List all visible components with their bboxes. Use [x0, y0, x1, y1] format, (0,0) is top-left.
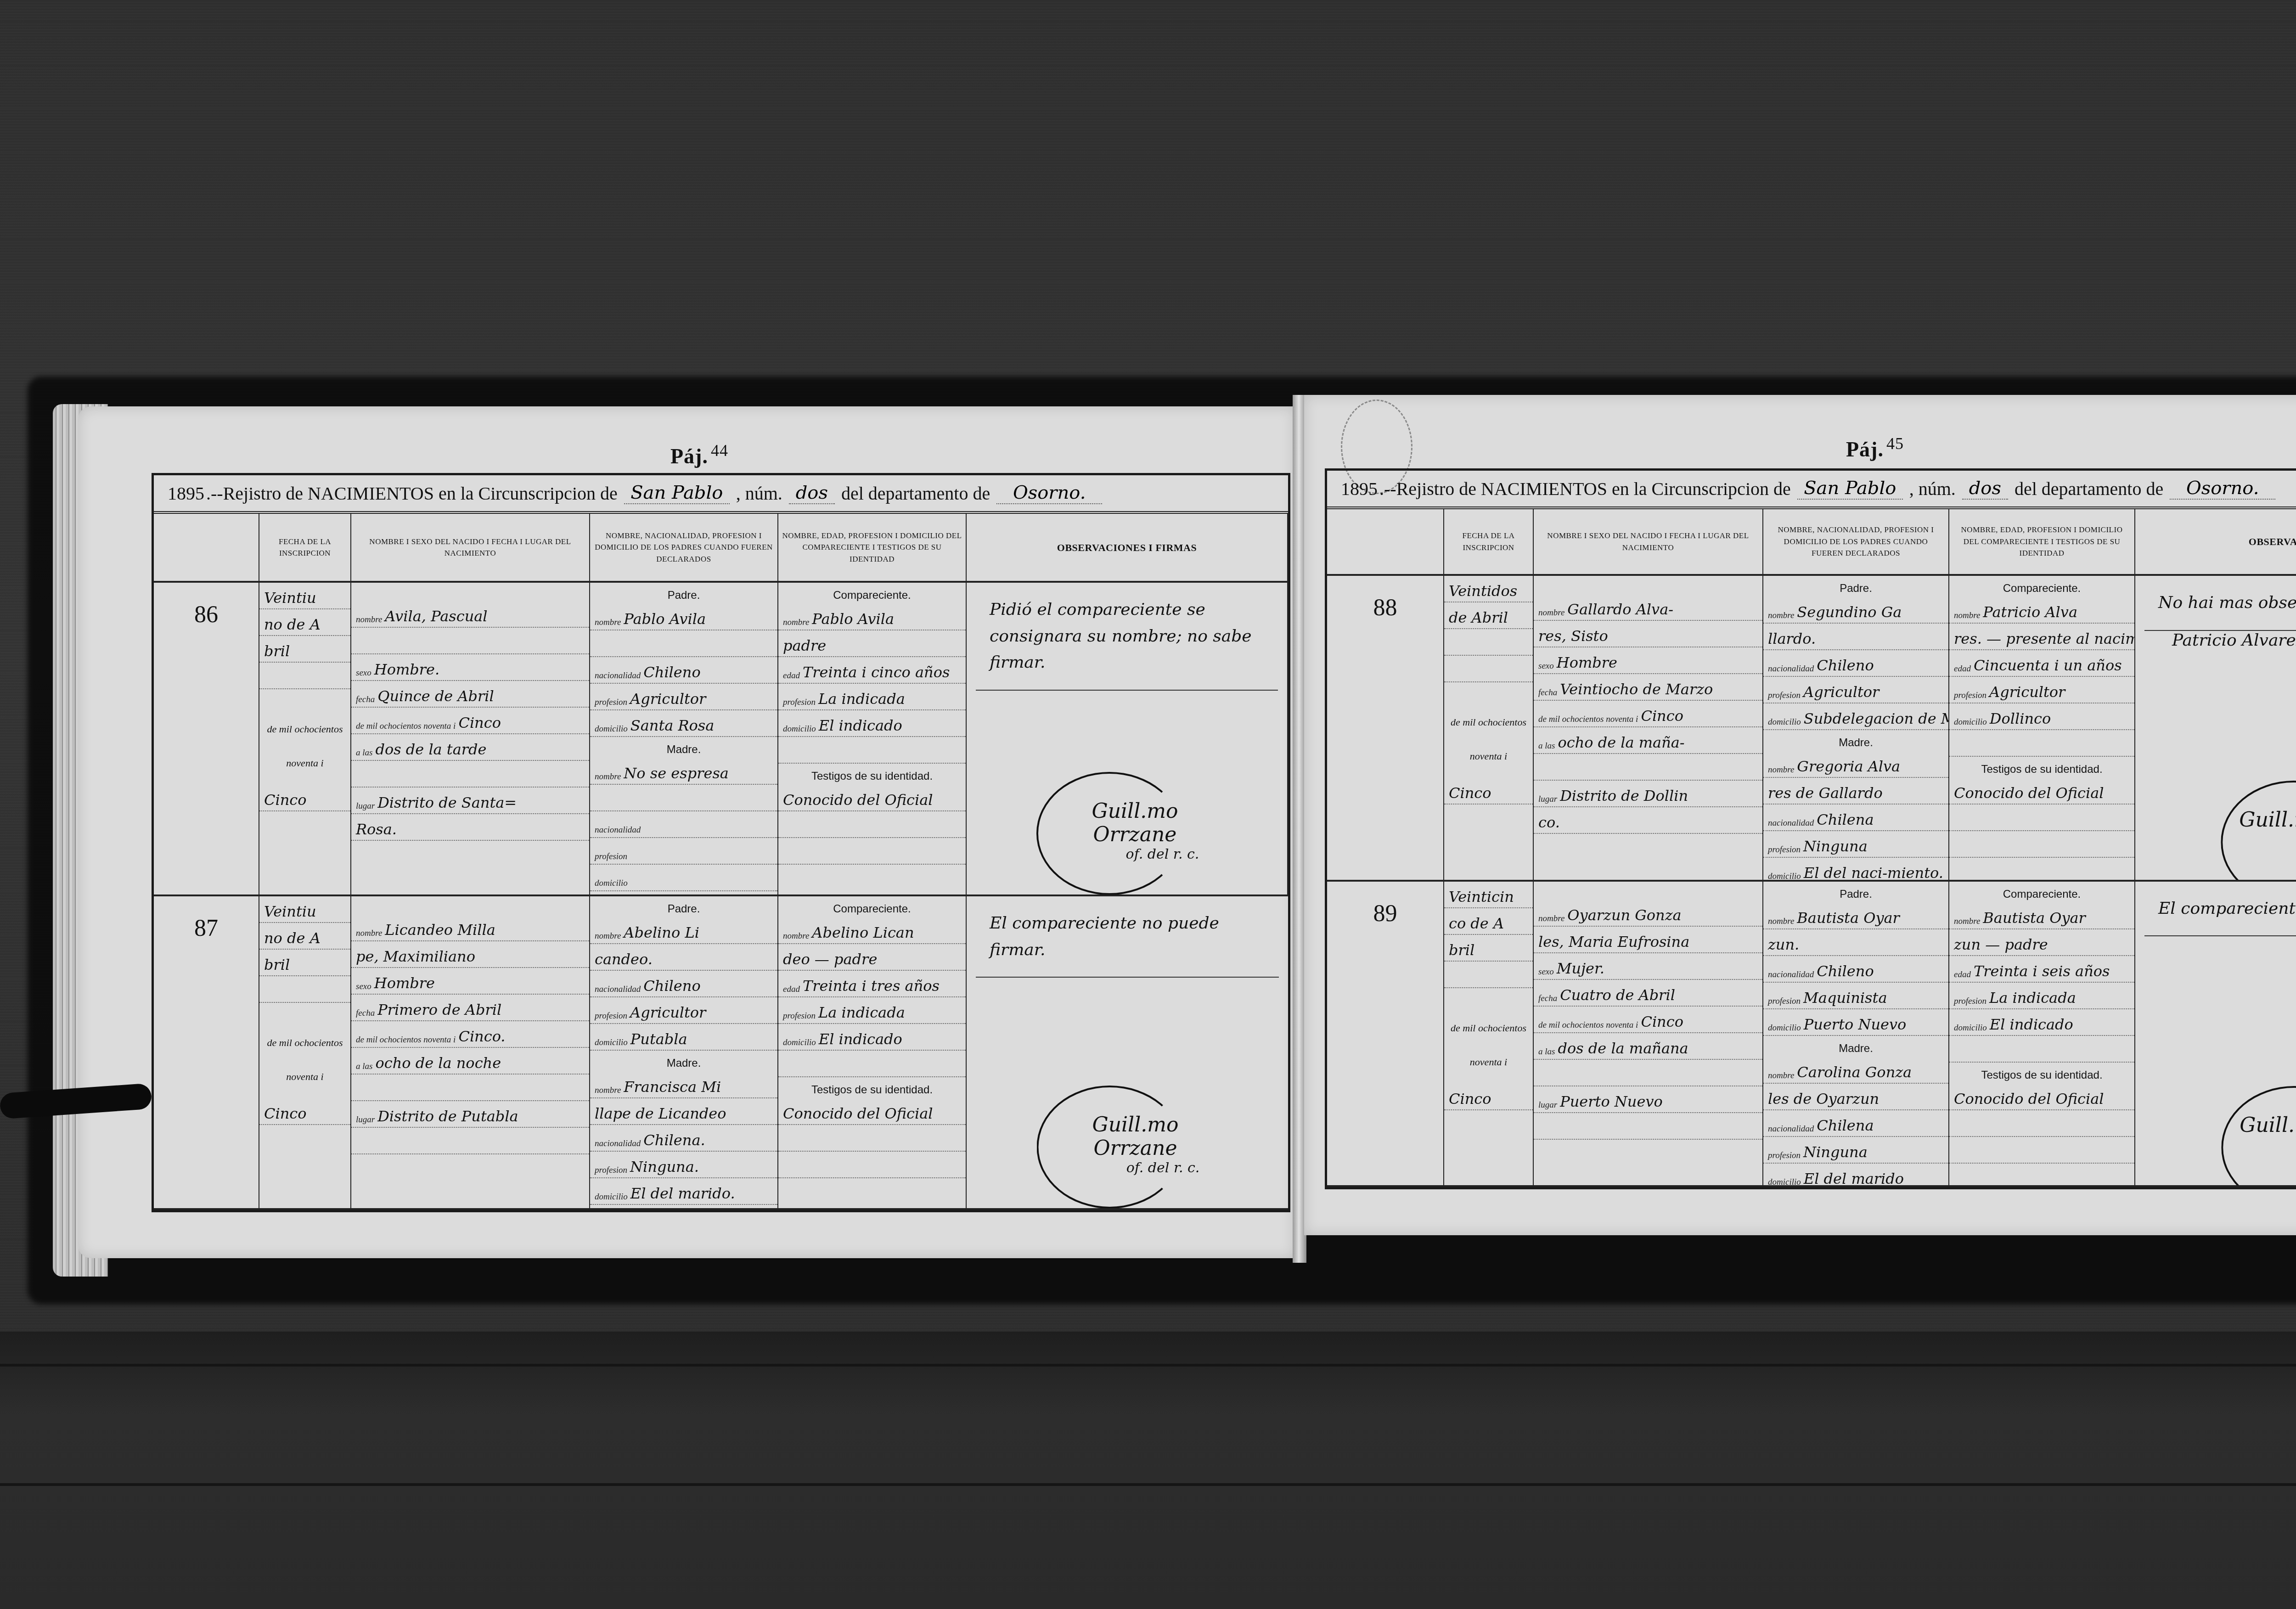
- madre-profesion-line: profesion: [590, 838, 777, 865]
- compareciente-profesion: La indicada: [1989, 989, 2076, 1007]
- label-profesion: profesion: [595, 852, 627, 862]
- num-label: , núm.: [736, 483, 782, 504]
- nacido-year-line: de mil ochocientos noventa iCinco: [1534, 701, 1762, 727]
- fecha-inscripcion-cell: Veintidos de Abril de mil ochocientos no…: [1444, 576, 1534, 882]
- compareciente-cell: Compareciente. nombreBautista Oyar zun —…: [1949, 882, 2135, 1187]
- nacido-year: Cinco: [1641, 707, 1683, 725]
- padre-domicilio: Puerto Nuevo: [1804, 1016, 1907, 1033]
- label-fecha: fecha: [1538, 688, 1557, 698]
- register-year: 1895: [1341, 478, 1378, 500]
- label-nombre: nombre: [783, 618, 809, 628]
- nacido-fecha: Primero de Abril: [377, 1001, 501, 1018]
- compareciente-nombre: Bautista Oyar: [1983, 909, 2086, 927]
- nacido-nombre: Gallardo Alva-: [1567, 601, 1673, 618]
- header-nacido: Nombre i sexo del nacido i fecha i lugar…: [351, 514, 590, 583]
- nacido-hora: dos de la tarde: [375, 741, 486, 758]
- blank-line: [1949, 1137, 2134, 1164]
- compareciente-nombre-cont: res. — presente al nacimiento.: [1949, 624, 2134, 650]
- padre-nacionalidad: Chileno: [1817, 962, 1874, 980]
- label-lugar: lugar: [356, 801, 375, 811]
- oficial-signature: Guill.mo Orrzane of. del r. c.: [1055, 799, 1215, 862]
- label-sexo: sexo: [1538, 967, 1554, 977]
- nacido-year-line: de mil ochocientos noventa iCinco: [351, 708, 589, 734]
- padre-nombre-cont: candeo.: [590, 944, 777, 971]
- padre-nombre: Segundino Ga: [1797, 603, 1902, 621]
- compareciente-label: Compareciente.: [1949, 576, 2134, 597]
- register-title-text: .--Rejistro de NACIMIENTOS en la Circuns…: [1379, 478, 1791, 500]
- blank-line: [351, 1075, 589, 1101]
- label-year: de mil ochocientos noventa i: [356, 1035, 456, 1045]
- entry-number: 88: [1327, 576, 1443, 621]
- label-sexo: sexo: [356, 668, 371, 678]
- numero-field: dos: [1962, 478, 2008, 500]
- padre-nacionalidad-line: nacionalidadChileno: [590, 657, 777, 684]
- compareciente-nombre-line: nombreAbelino Lican: [778, 917, 966, 944]
- madre-label: Madre.: [1763, 1036, 1948, 1057]
- nacido-hora-line: a lasocho de la maña-: [1534, 727, 1762, 754]
- nacido-year: Cinco: [1641, 1013, 1683, 1030]
- label-hora: a las: [1538, 1047, 1555, 1057]
- nacido-nombre-cont: pe, Maximiliano: [351, 941, 589, 968]
- madre-profesion-line: profesionNinguna: [1763, 831, 1948, 858]
- observaciones-cell: El compareciente no sabe firmar. Guill.m…: [2135, 882, 2296, 1187]
- blank-line: [1949, 1110, 2134, 1137]
- nacido-year-line: de mil ochocientos noventa iCinco: [1534, 1007, 1762, 1033]
- padre-profesion: Agricultor: [630, 690, 706, 708]
- compareciente-profesion-line: profesionLa indicada: [778, 684, 966, 710]
- oficial-signature: Guill.mo Orrzane of. del r. c.: [1055, 1113, 1216, 1176]
- label-lugar: lugar: [1538, 1100, 1557, 1110]
- num-label: , núm.: [1909, 478, 1956, 500]
- fecha-inscripcion-line: Veinticin: [1444, 882, 1533, 908]
- nacido-lugar-cont: Rosa.: [351, 814, 589, 841]
- header-observaciones: Observaciones i firmas: [2135, 509, 2296, 576]
- nacido-cell: nombreGallardo Alva- res, Sisto sexoHomb…: [1534, 576, 1763, 882]
- departamento-label: del departamento de: [841, 483, 990, 504]
- signature-flourish: [2221, 781, 2296, 882]
- padres-cell: Padre. nombreAbelino Li candeo. nacional…: [590, 896, 778, 1210]
- compareciente-profesion-line: profesionLa indicada: [778, 997, 966, 1024]
- nacido-fecha: Cuatro de Abril: [1560, 986, 1675, 1004]
- padre-nombre-cont: [590, 630, 777, 657]
- label-domicilio: domicilio: [1954, 717, 1987, 727]
- label-profesion: profesion: [1954, 691, 1986, 701]
- nacido-lugar: Puerto Nuevo: [1560, 1093, 1663, 1110]
- label-nombre: nombre: [595, 931, 621, 941]
- fecha-year-word: Cinco: [1444, 1084, 1533, 1110]
- compareciente-nombre-line: nombrePablo Avila: [778, 604, 966, 630]
- padre-nacionalidad-line: nacionalidadChileno: [1763, 956, 1948, 983]
- padre-profesion-line: profesionAgricultor: [590, 684, 777, 710]
- compareciente-profesion: La indicada: [818, 1004, 905, 1021]
- compareciente-nombre: Pablo Avila: [812, 610, 894, 628]
- testigos-value: Conocido del Oficial: [778, 785, 966, 811]
- page-number-left: Páj.44: [670, 441, 728, 468]
- nacido-hora-line: a lasocho de la noche: [351, 1048, 589, 1075]
- padres-cell: Padre. nombrePablo Avila nacionalidadChi…: [590, 583, 778, 896]
- signature-flourish: [2221, 1086, 2296, 1187]
- padre-nombre: Pablo Avila: [624, 610, 706, 628]
- header-fecha-inscripcion: Fecha de la inscripcion: [1444, 509, 1534, 576]
- padre-domicilio: Putabla: [630, 1030, 687, 1048]
- observaciones-text: Pidió el compareciente se consignara su …: [976, 583, 1278, 691]
- compareciente-edad: Cincuenta i un años: [1974, 657, 2122, 674]
- page-number-value: 45: [1886, 434, 1904, 453]
- compareciente-domicilio-line: domicilioEl indicado: [778, 1024, 966, 1051]
- label-fecha: fecha: [1538, 994, 1557, 1004]
- board-seam: [0, 1364, 2296, 1367]
- printed-text: de mil ochocientos: [1444, 1016, 1533, 1041]
- madre-nombre-cont: [590, 785, 777, 811]
- nacido-nombre-line: nombreAvila, Pascual: [351, 601, 589, 628]
- departamento-label: del departamento de: [2015, 478, 2163, 500]
- label-domicilio: domicilio: [595, 1038, 628, 1048]
- compareciente-profesion: Agricultor: [1989, 683, 2065, 701]
- label-fecha: fecha: [356, 695, 375, 705]
- nacido-sexo-line: sexoMujer.: [1534, 953, 1762, 980]
- page-number-right: Páj.45: [1846, 434, 1904, 461]
- register-year: 1895: [168, 483, 204, 504]
- compareciente-nombre-cont: padre: [778, 630, 966, 657]
- label-nombre: nombre: [1768, 765, 1794, 775]
- printed-text: noventa i: [259, 1064, 350, 1089]
- blank-line: [1444, 962, 1533, 988]
- label-nacionalidad: nacionalidad: [595, 825, 641, 835]
- label-nacionalidad: nacionalidad: [595, 1139, 641, 1149]
- header-compareciente: Nombre, edad, profesion i domicilio del …: [778, 514, 967, 583]
- padre-profesion: Maquinista: [1803, 989, 1887, 1007]
- fecha-inscripcion-line: Veintidos: [1444, 576, 1533, 602]
- blank-line: [778, 838, 966, 865]
- nacido-lugar-line: lugarDistrito de Santa=: [351, 788, 589, 814]
- blank-line: [259, 976, 350, 1003]
- compareciente-profesion-line: profesionLa indicada: [1949, 983, 2134, 1009]
- madre-nacionalidad-line: nacionalidadChilena: [1763, 1110, 1948, 1137]
- circunscripcion-field: San Pablo: [624, 482, 730, 504]
- label-year: de mil ochocientos noventa i: [1538, 714, 1638, 725]
- madre-nombre: Carolina Gonza: [1797, 1063, 1912, 1081]
- header-observaciones: Observaciones i firmas: [967, 514, 1288, 583]
- nacido-fecha: Quince de Abril: [377, 687, 494, 705]
- fecha-inscripcion-line: no de A: [259, 923, 350, 950]
- observaciones-cell: No hai mas observaciones. Patricio Alvar…: [2135, 576, 2296, 882]
- nacido-nombre-line: nombreOyarzun Gonza: [1534, 900, 1762, 927]
- nacido-lugar: Distrito de Dollin: [1560, 787, 1688, 804]
- printed-text: noventa i: [259, 751, 350, 776]
- testigos-label: Testigos de su identidad.: [1949, 1063, 2134, 1084]
- label-profesion: profesion: [783, 1011, 816, 1021]
- padre-domicilio-line: domicilioPuerto Nuevo: [1763, 1009, 1948, 1036]
- nacido-hora-line: a lasdos de la mañana: [1534, 1033, 1762, 1060]
- nacido-nombre: Oyarzun Gonza: [1567, 906, 1681, 924]
- padre-nacionalidad: Chileno: [1817, 657, 1874, 674]
- testigos-label: Testigos de su identidad.: [778, 764, 966, 785]
- nacido-hora: dos de la mañana: [1558, 1040, 1688, 1057]
- fecha-inscripcion-line: bril: [259, 950, 350, 976]
- label-sexo: sexo: [356, 982, 371, 992]
- nacido-hora: ocho de la maña-: [1558, 734, 1684, 751]
- nacido-cell: nombreOyarzun Gonza les, Maria Eufrosina…: [1534, 882, 1763, 1187]
- compareciente-domicilio-line: domicilioEl indicado: [778, 710, 966, 737]
- header-nacido: Nombre i sexo del nacido i fecha i lugar…: [1534, 509, 1763, 576]
- compareciente-label: Compareciente.: [778, 583, 966, 604]
- nacido-year-line: de mil ochocientos noventa iCinco.: [351, 1021, 589, 1048]
- compareciente-domicilio: Dollinco: [1990, 710, 2051, 727]
- label-domicilio: domicilio: [595, 1192, 628, 1202]
- label-nacionalidad: nacionalidad: [1768, 970, 1814, 980]
- compareciente-nombre: Abelino Lican: [812, 924, 914, 941]
- compareciente-cell: Compareciente. nombreAbelino Lican deo —…: [778, 896, 967, 1210]
- header-compareciente: Nombre, edad, profesion i domicilio del …: [1949, 509, 2135, 576]
- madre-domicilio: El del marido: [1804, 1170, 1904, 1187]
- madre-label: Madre.: [590, 1051, 777, 1072]
- nacido-nombre-cont: les, Maria Eufrosina: [1534, 927, 1762, 953]
- blank-line: [778, 1152, 966, 1178]
- madre-nombre-line: nombreCarolina Gonza: [1763, 1057, 1948, 1084]
- departamento-field: Osorno.: [996, 482, 1102, 504]
- nacido-nombre-line: nombreGallardo Alva-: [1534, 594, 1762, 621]
- blank-line: [1949, 1036, 2134, 1063]
- madre-nombre-cont: llape de Licandeo: [590, 1098, 777, 1125]
- padres-cell: Padre. nombreSegundino Ga llardo. nacion…: [1763, 576, 1949, 882]
- padre-domicilio: Subdelegacion de Maipue: [1804, 710, 1949, 727]
- padre-profesion-line: profesionAgricultor: [590, 997, 777, 1024]
- fecha-year-word: Cinco: [259, 1098, 350, 1125]
- madre-domicilio-line: domicilio: [590, 865, 777, 891]
- blank-line: [1534, 1060, 1762, 1086]
- register-right: 1895 .--Rejistro de NACIMIENTOS en la Ci…: [1325, 468, 2296, 1189]
- label-profesion: profesion: [595, 1011, 627, 1021]
- label-year: de mil ochocientos noventa i: [1538, 1020, 1638, 1030]
- fecha-inscripcion-line: Veintiu: [259, 583, 350, 609]
- padre-domicilio-line: domicilioSanta Rosa: [590, 710, 777, 737]
- padre-label: Padre.: [1763, 576, 1948, 597]
- padre-nacionalidad-line: nacionalidadChileno: [590, 971, 777, 997]
- compareciente-profesion: La indicada: [818, 690, 905, 708]
- testigos-value: Conocido del Oficial: [778, 1098, 966, 1125]
- nacido-year: Cinco: [458, 714, 501, 731]
- fecha-year-word: Cinco: [1444, 778, 1533, 804]
- blank-line: [1444, 656, 1533, 682]
- label-nombre: nombre: [1954, 611, 1980, 621]
- madre-domicilio-line: domicilioEl del naci-miento.: [1763, 858, 1948, 882]
- compareciente-nombre: Patricio Alva: [1983, 603, 2077, 621]
- padre-domicilio: Santa Rosa: [630, 717, 715, 734]
- label-domicilio: domicilio: [595, 724, 628, 734]
- padre-domicilio-line: domicilioPutabla: [590, 1024, 777, 1051]
- entry-number-cell: 87: [154, 896, 259, 1210]
- label-hora: a las: [1538, 741, 1555, 751]
- label-nacionalidad: nacionalidad: [595, 671, 641, 681]
- observaciones-cell: El compareciente no puede firmar. Guill.…: [967, 896, 1288, 1210]
- label-profesion: profesion: [1954, 996, 1986, 1007]
- nacido-fecha-line: fechaVeintiocho de Marzo: [1534, 674, 1762, 701]
- compareciente-nombre-line: nombreBautista Oyar: [1949, 903, 2134, 929]
- fecha-inscripcion-line: bril: [1444, 935, 1533, 962]
- label-nacionalidad: nacionalidad: [1768, 818, 1814, 828]
- printed-text: noventa i: [1444, 1050, 1533, 1075]
- label-edad: edad: [783, 985, 800, 995]
- nacido-cell: nombreAvila, Pascual sexoHombre. fechaQu…: [351, 583, 590, 896]
- label-domicilio: domicilio: [783, 1038, 816, 1048]
- nacido-fecha-line: fechaPrimero de Abril: [351, 995, 589, 1021]
- padre-label: Padre.: [1763, 882, 1948, 903]
- blank-line: [1534, 754, 1762, 781]
- blank-line: [351, 761, 589, 788]
- compareciente-edad-line: edadTreinta i seis años: [1949, 956, 2134, 983]
- padre-label: Padre.: [590, 896, 777, 917]
- nacido-sexo: Hombre: [374, 974, 435, 992]
- observaciones-text: El compareciente no puede firmar.: [976, 896, 1279, 978]
- madre-profesion: Ninguna.: [630, 1158, 699, 1176]
- madre-profesion: Ninguna: [1803, 1143, 1868, 1161]
- compareciente-label: Compareciente.: [1949, 882, 2134, 903]
- entry-number-cell: 89: [1327, 882, 1444, 1187]
- printed-text: de mil ochocientos: [259, 1030, 350, 1055]
- compareciente-cell: Compareciente. nombrePablo Avila padre e…: [778, 583, 967, 896]
- entry-number: 89: [1327, 882, 1443, 927]
- compareciente-profesion-line: profesionAgricultor: [1949, 677, 2134, 703]
- madre-domicilio-line: domicilioEl del marido.: [590, 1178, 777, 1205]
- padre-nombre: Abelino Li: [624, 924, 699, 941]
- printed-text: de mil ochocientos: [259, 717, 350, 742]
- nacido-nombre-cont: [351, 628, 589, 654]
- label-lugar: lugar: [1538, 794, 1557, 804]
- nacido-fecha: Veintiocho de Marzo: [1560, 681, 1713, 698]
- entry-number-cell: 88: [1327, 576, 1444, 882]
- madre-domicilio-line: domicilioEl del marido: [1763, 1164, 1948, 1187]
- header-padres: Nombre, nacionalidad, profesion i domici…: [590, 514, 778, 583]
- label-domicilio: domicilio: [783, 724, 816, 734]
- compareciente-nombre-line: nombrePatricio Alva: [1949, 597, 2134, 624]
- label-profesion: profesion: [1768, 1151, 1801, 1161]
- label-profesion: profesion: [1768, 996, 1801, 1007]
- compareciente-edad-line: edadTreinta i tres años: [778, 971, 966, 997]
- register-title: 1895 .--Rejistro de NACIMIENTOS en la Ci…: [154, 475, 1288, 514]
- circunscripcion-field: San Pablo: [1797, 478, 1903, 500]
- entry-number: 86: [154, 583, 259, 628]
- testigos-value: Conocido del Oficial: [1949, 778, 2134, 804]
- fecha-inscripcion-cell: Veintiu no de A bril de mil ochocientos …: [259, 583, 351, 896]
- header-number-column: [1327, 509, 1444, 576]
- nacido-fecha-line: fechaCuatro de Abril: [1534, 980, 1762, 1007]
- madre-nacionalidad-line: nacionalidadChilena: [1763, 804, 1948, 831]
- label-domicilio: domicilio: [1768, 872, 1801, 882]
- signature-flourish: [1037, 1086, 1183, 1209]
- padre-nacionalidad: Chileno: [643, 977, 700, 995]
- label-nombre: nombre: [1768, 917, 1794, 927]
- compareciente-nombre-cont: zun — padre: [1949, 929, 2134, 956]
- madre-nombre: No se espresa: [624, 765, 729, 782]
- label-nombre: nombre: [595, 1086, 621, 1096]
- padre-nombre-line: nombreBautista Oyar: [1763, 903, 1948, 929]
- fecha-inscripcion-cell: Veintiu no de A bril de mil ochocientos …: [259, 896, 351, 1210]
- label-profesion: profesion: [1768, 691, 1801, 701]
- nacido-sexo-line: sexoHombre: [1534, 647, 1762, 674]
- madre-nacionalidad-line: nacionalidadChilena.: [590, 1125, 777, 1152]
- label-domicilio: domicilio: [1954, 1023, 1987, 1033]
- fecha-inscripcion-line: de Abril: [1444, 602, 1533, 629]
- padre-profesion-line: profesionAgricultor: [1763, 677, 1948, 703]
- page-label: Páj.: [670, 444, 708, 468]
- nacido-lugar-cont: [1534, 1113, 1762, 1140]
- padre-profesion: Agricultor: [1803, 683, 1879, 701]
- compareciente-cell: Compareciente. nombrePatricio Alva res. …: [1949, 576, 2135, 882]
- padre-nombre-line: nombreSegundino Ga: [1763, 597, 1948, 624]
- madre-nacionalidad: Chilena.: [643, 1131, 705, 1149]
- madre-nombre-cont: les de Oyarzun: [1763, 1084, 1948, 1110]
- testigos-label: Testigos de su identidad.: [778, 1077, 966, 1098]
- oficial-signature: Guill.mo Orrzane of. del r. c.: [2239, 808, 2296, 848]
- label-domicilio: domicilio: [1768, 717, 1801, 727]
- compareciente-edad: Treinta i cinco años: [803, 664, 950, 681]
- compareciente-domicilio: El indicado: [819, 1030, 902, 1048]
- header-number-column: [154, 514, 259, 583]
- label-nacionalidad: nacionalidad: [1768, 664, 1814, 674]
- padre-nombre-line: nombrePablo Avila: [590, 604, 777, 630]
- observaciones-text: El compareciente no sabe firmar.: [2144, 882, 2296, 937]
- label-nacionalidad: nacionalidad: [595, 985, 641, 995]
- madre-profesion-line: profesionNinguna: [1763, 1137, 1948, 1164]
- compareciente-edad: Treinta i seis años: [1974, 962, 2110, 980]
- signature-flourish: [1036, 772, 1182, 895]
- fecha-inscripcion-line: Veintiu: [259, 896, 350, 923]
- label-nombre: nombre: [1538, 914, 1564, 924]
- madre-nombre: Gregoria Alva: [1797, 758, 1900, 775]
- nacido-nombre: Licandeo Milla: [385, 921, 495, 939]
- oficial-signature: Guill.mo Orrzane of. del r. c.: [2240, 1114, 2296, 1153]
- entry-number: 87: [154, 896, 259, 942]
- madre-nacionalidad-line: nacionalidad: [590, 811, 777, 838]
- padre-profesion: Agricultor: [630, 1004, 706, 1021]
- label-fecha: fecha: [356, 1008, 375, 1018]
- blank-line: [778, 1051, 966, 1077]
- label-hora: a las: [356, 1062, 372, 1072]
- register-grid: Fecha de la inscripcion Nombre i sexo de…: [154, 514, 1288, 1210]
- printed-text: de mil ochocientos: [1444, 710, 1533, 735]
- madre-nombre: Francisca Mi: [624, 1078, 721, 1096]
- padre-nacionalidad: Chileno: [643, 664, 700, 681]
- entry-number-cell: 86: [154, 583, 259, 896]
- compareciente-signature: Patricio Alvarez: [2135, 631, 2296, 650]
- label-edad: edad: [1954, 970, 1971, 980]
- nacido-lugar-cont: [351, 1128, 589, 1154]
- register-title-text: .--Rejistro de NACIMIENTOS en la Circuns…: [206, 483, 618, 504]
- label-nombre: nombre: [356, 615, 382, 625]
- register-left: 1895 .--Rejistro de NACIMIENTOS en la Ci…: [152, 473, 1290, 1212]
- numero-field: dos: [789, 482, 835, 504]
- table-surface: [0, 1332, 2296, 1609]
- blank-line: [778, 811, 966, 838]
- madre-profesion-line: profesionNinguna.: [590, 1152, 777, 1178]
- printed-text: noventa i: [1444, 744, 1533, 769]
- nacido-lugar: Distrito de Santa=: [377, 794, 517, 811]
- compareciente-edad: Treinta i tres años: [803, 977, 940, 995]
- label-lugar: lugar: [356, 1115, 375, 1125]
- madre-label: Madre.: [1763, 730, 1948, 751]
- testigos-value: Conocido del Oficial: [1949, 1084, 2134, 1110]
- label-profesion: profesion: [595, 1165, 627, 1176]
- compareciente-domicilio-line: domicilioEl indicado: [1949, 1009, 2134, 1036]
- blank-line: [778, 737, 966, 764]
- nacido-sexo: Mujer.: [1557, 960, 1604, 977]
- madre-nacionalidad: Chilena: [1817, 1117, 1874, 1134]
- blank-line: [1949, 804, 2134, 831]
- fecha-inscripcion-line: co de A: [1444, 908, 1533, 935]
- fecha-year-word: Cinco: [259, 785, 350, 811]
- label-nombre: nombre: [1954, 917, 1980, 927]
- nacido-nombre-line: nombreLicandeo Milla: [351, 915, 589, 941]
